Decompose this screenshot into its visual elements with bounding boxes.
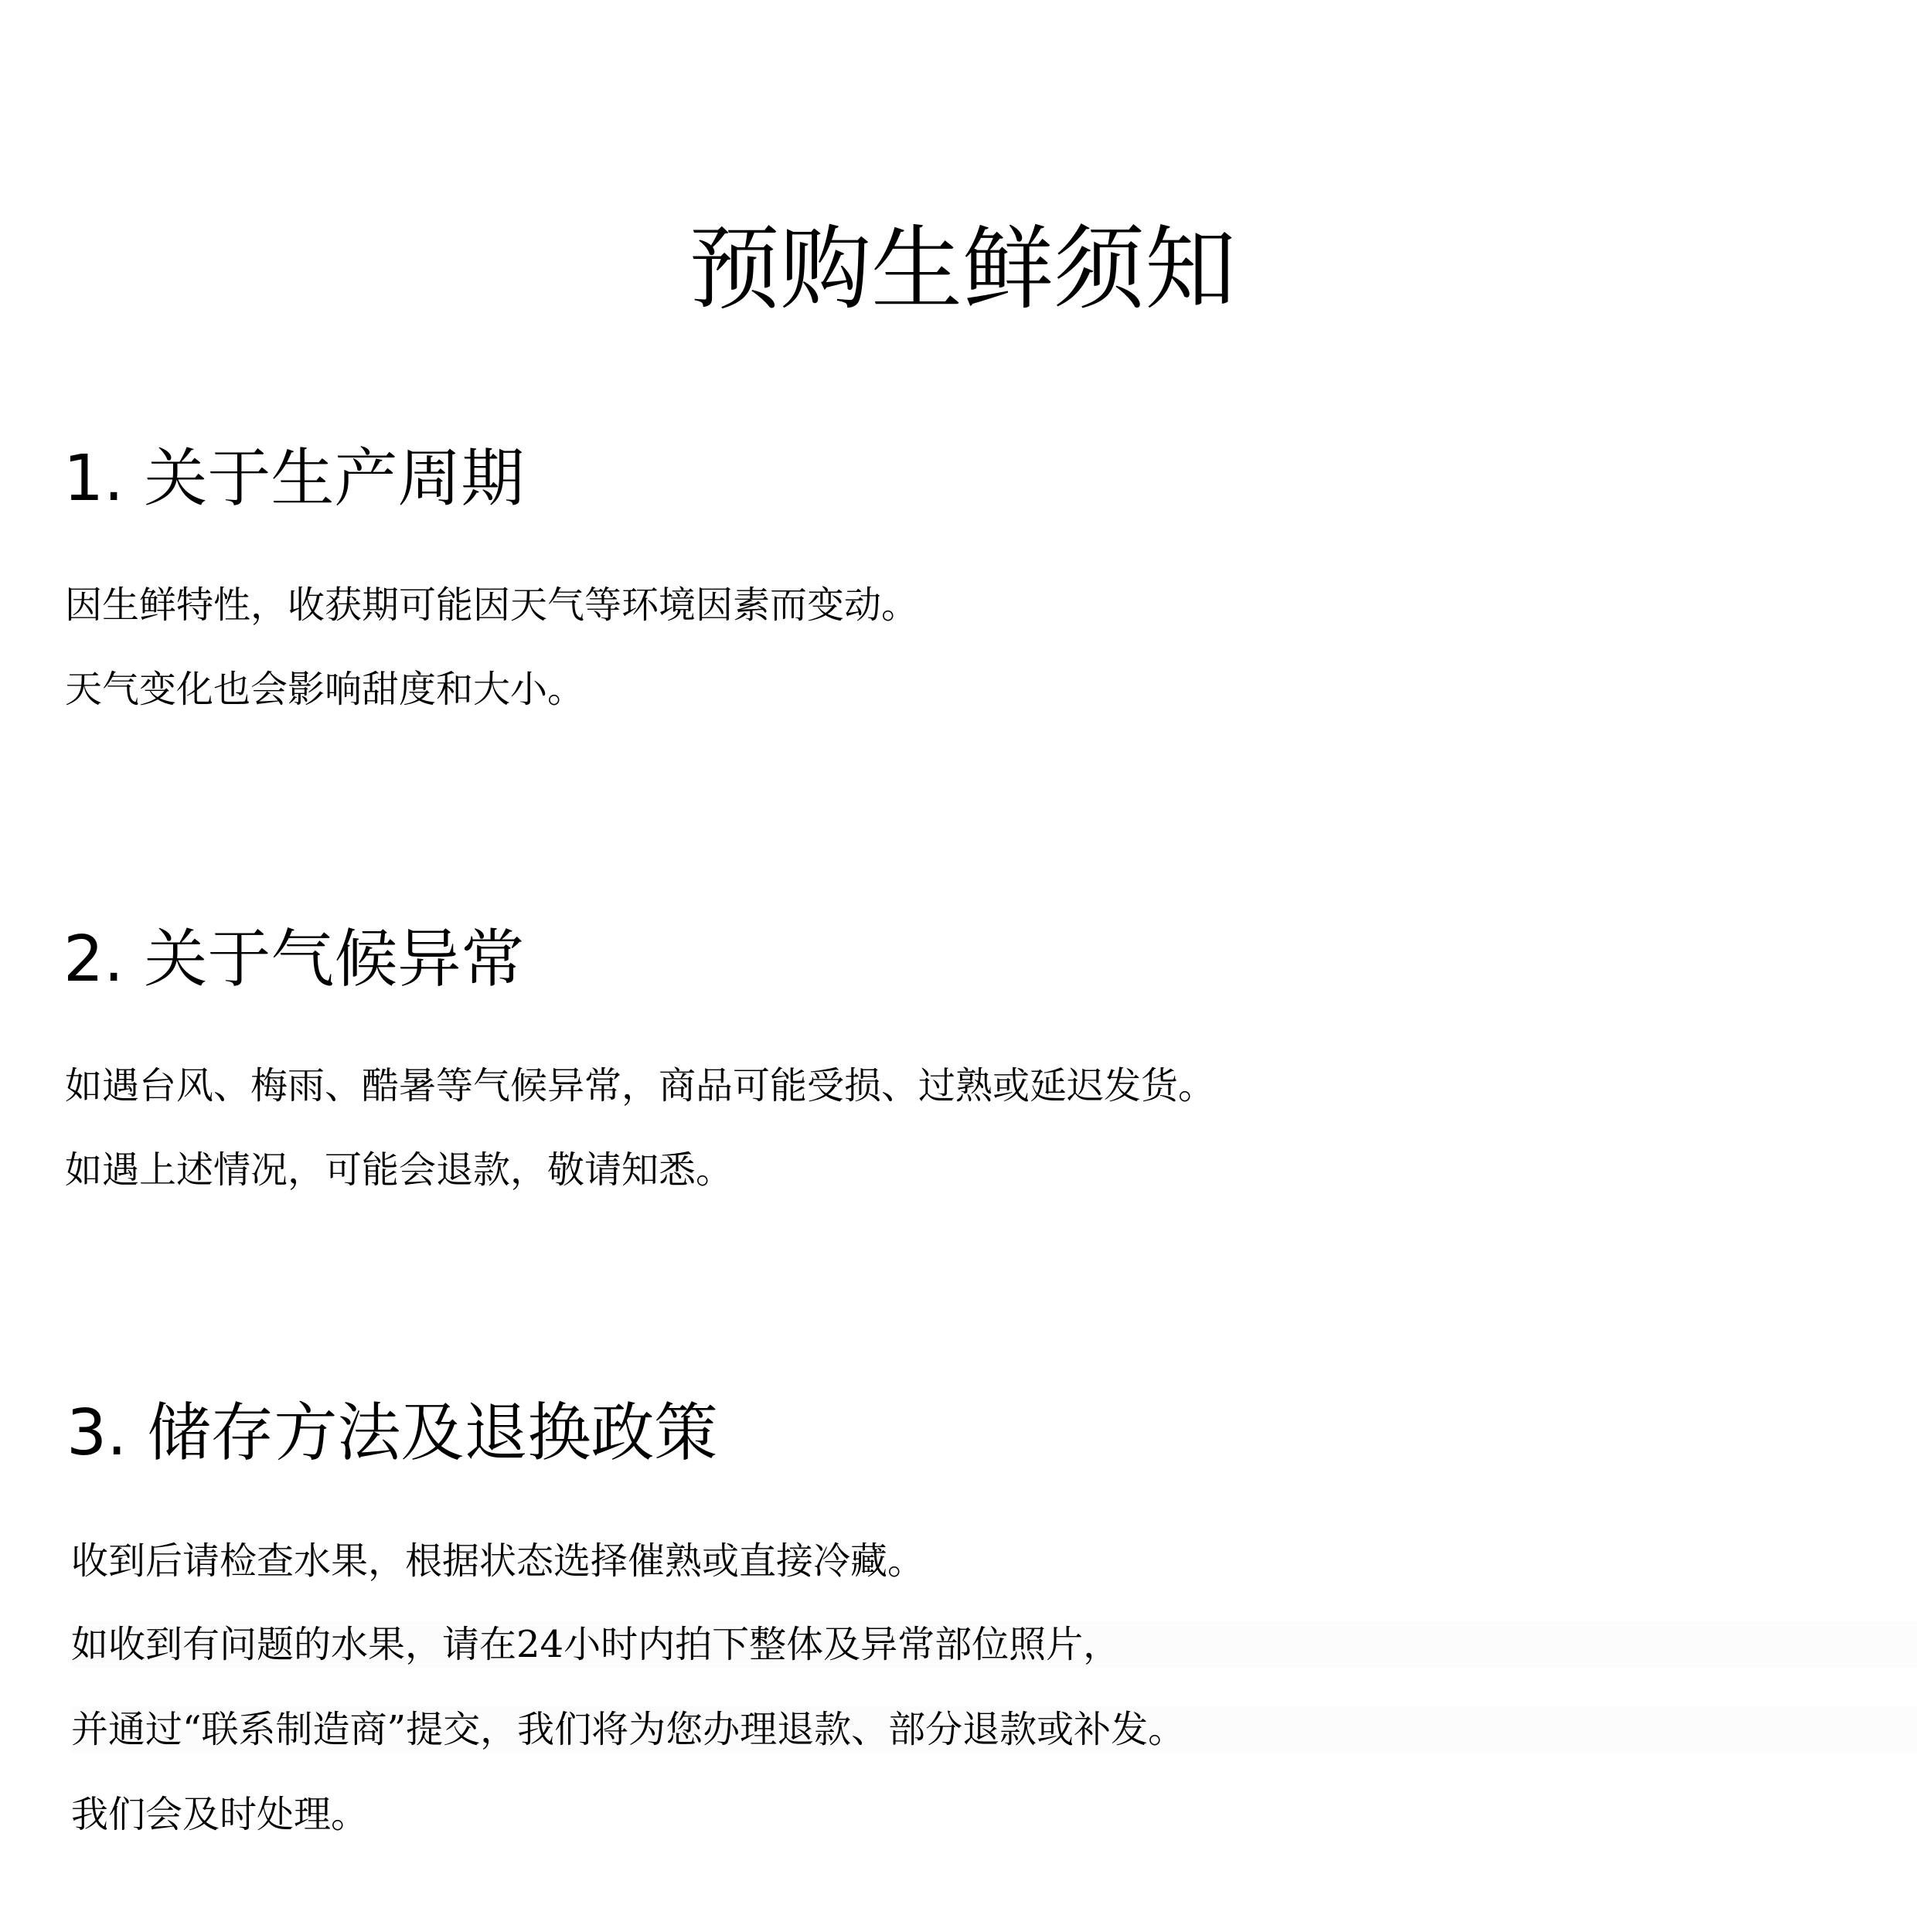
section-title: 储存方法及退换政策	[147, 1396, 717, 1470]
section-number: 3.	[66, 1396, 127, 1470]
section-title: 关于气候异常	[144, 923, 524, 996]
paragraph: 如遇上述情况，可能会退款，敬请知悉。	[65, 1147, 733, 1193]
section-heading-climate-anomaly: 2. 关于气候异常	[63, 921, 524, 998]
paragraph: 因生鲜特性，收获期可能因天气等环境因素而变动。	[65, 582, 918, 628]
section-heading-storage-return-policy: 3. 储存方法及退换政策	[66, 1395, 717, 1472]
paragraph: 收到后请检查水果，根据状态选择催熟或直接冷藏。	[71, 1538, 924, 1584]
section-number: 1.	[63, 442, 124, 515]
paragraph: 我们会及时处理。	[71, 1791, 368, 1838]
paragraph: 如遇台风、梅雨、酷暑等气候异常，商品可能受损、过熟或延迟发货。	[65, 1063, 1215, 1109]
paragraph: 天气变化也会影响甜度和大小。	[65, 666, 584, 713]
paragraph: 并通过“联系制造商”提交，我们将为您办理退款、部分退款或补发。	[71, 1706, 1917, 1753]
document-title: 预购生鲜须知	[0, 215, 1917, 323]
paragraph: 如收到有问题的水果，请在24小时内拍下整体及异常部位照片，	[71, 1621, 1917, 1668]
section-title: 关于生产周期	[144, 442, 524, 515]
section-number: 2.	[63, 923, 124, 996]
section-heading-production-cycle: 1. 关于生产周期	[63, 440, 524, 518]
